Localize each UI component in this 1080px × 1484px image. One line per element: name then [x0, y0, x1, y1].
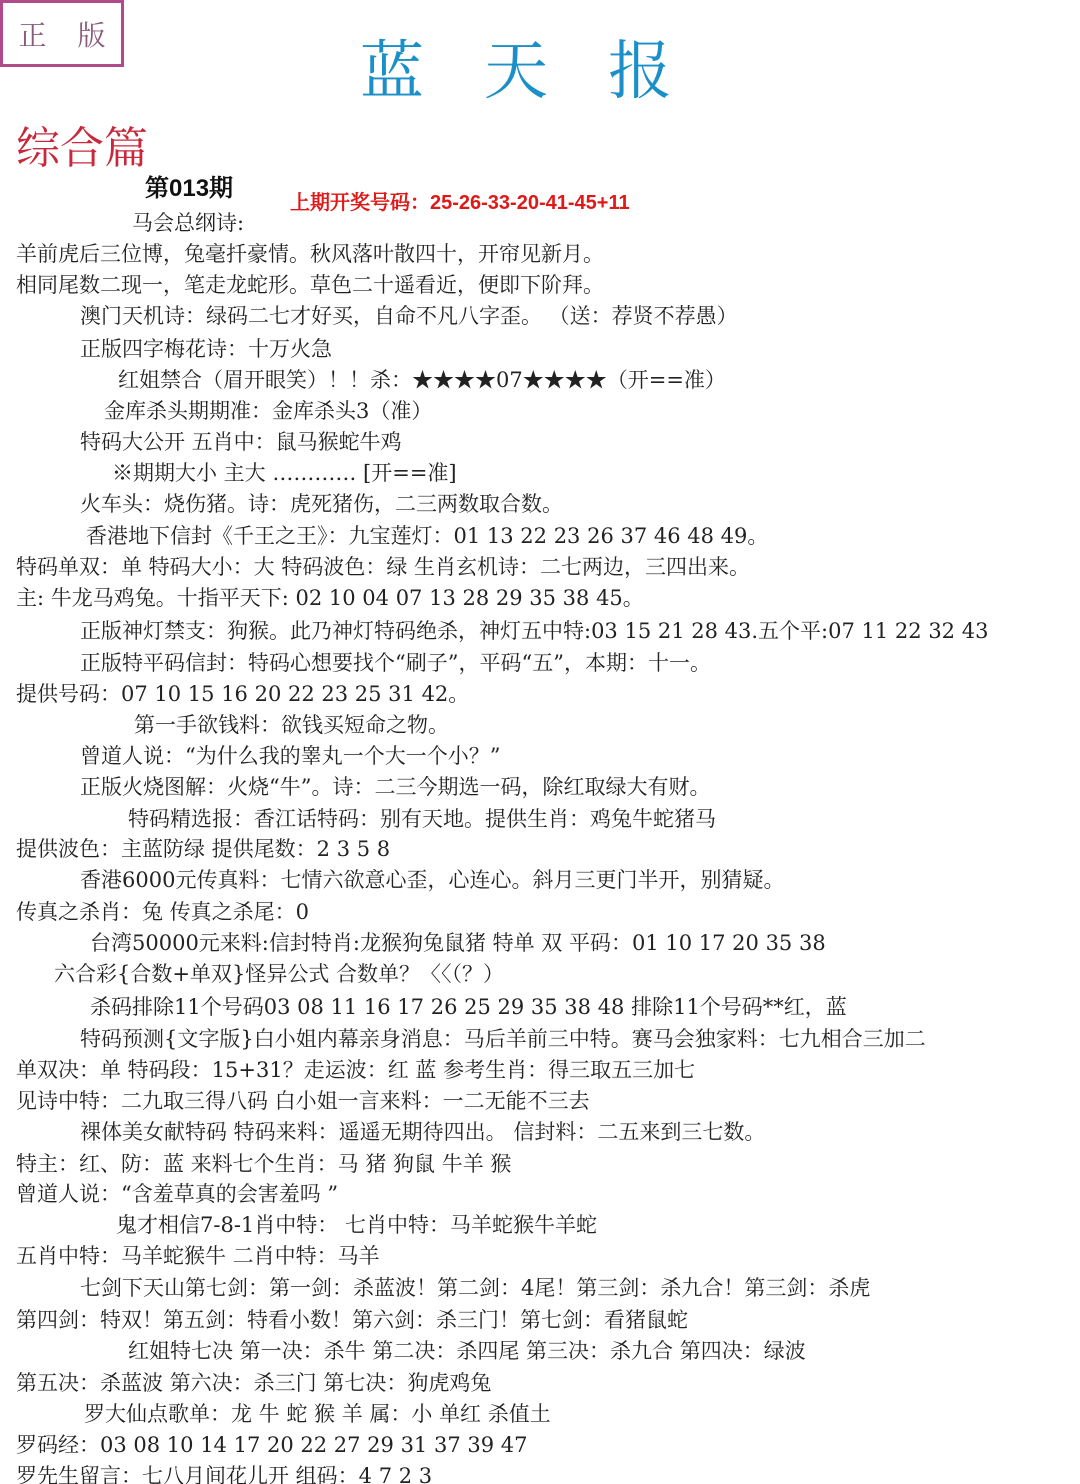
text-line: 提供波色：主蓝防绿 提供尾数：2 3 5 8: [16, 833, 390, 863]
text-line: 单双决：单 特码段：15+31？走运波：红 蓝 参考生肖：得三取五三加七: [16, 1054, 695, 1084]
text-line: 曾道人说：“为什么我的睾丸一个大一个小？”: [80, 740, 500, 770]
text-line: 提供号码：07 10 15 16 20 22 23 25 31 42。: [16, 678, 469, 708]
text-line: 六合彩{合数+单双}怪异公式 合数单？〈〈（？）: [54, 958, 504, 988]
text-line: 台湾50000元来料:信封特肖:龙猴狗兔鼠猪 特单 双 平码：01 10 17 …: [90, 927, 826, 957]
text-line: 第五决：杀蓝波 第六决：杀三门 第七决：狗虎鸡兔: [16, 1367, 491, 1397]
last-draw-numbers: 上期开奖号码：25-26-33-20-41-45+11: [290, 186, 630, 215]
issue-number: 第013期: [145, 168, 233, 203]
text-line: 正版四字梅花诗：十万火急: [80, 333, 332, 363]
text-line: 罗先生留言：七八月间花儿开 组码：4 7 2 3: [16, 1460, 432, 1484]
badge-char-1: 正: [18, 14, 46, 54]
text-line: 火车头：烧伤猪。诗：虎死猪伤，二三两数取合数。: [80, 488, 563, 518]
text-line: 澳门天机诗：绿码二七才好买，自命不凡八字歪。 （送：荐贤不荐愚）: [80, 300, 738, 330]
text-line: 特码大公开 五肖中：鼠马猴蛇牛鸡: [80, 426, 402, 456]
text-line: 杀码排除11个号码03 08 11 16 17 26 25 29 35 38 4…: [90, 991, 847, 1021]
text-line: 传真之杀肖：兔 传真之杀尾：0: [16, 896, 309, 926]
text-line: 罗大仙点歌单：龙 牛 蛇 猴 羊 属：小 单红 杀值土: [84, 1398, 551, 1428]
badge-char-2: 版: [77, 14, 105, 54]
text-line: 特码单双：单 特码大小：大 特码波色：绿 生肖玄机诗：二七两边，三四出来。: [16, 551, 750, 581]
text-line: 第一手欲钱料：欲钱买短命之物。: [134, 709, 449, 739]
text-line: 见诗中特：二九取三得八码 白小姐一言来料：一二无能不三去: [16, 1085, 590, 1115]
text-line: 香港地下信封《千王之王》：九宝莲灯：01 13 22 23 26 37 46 4…: [86, 520, 768, 550]
text-line: 相同尾数二现一，笔走龙蛇形。草色二十遥看近，便即下阶拜。: [16, 269, 604, 299]
text-line: 红姐禁合（眉开眼笑）！！杀：★★★★07★★★★（开==准）: [118, 364, 726, 394]
text-line: 正版特平码信封：特码心想要找个“刷子”，平码“五”，本期：十一。: [80, 647, 711, 677]
section-title: 综合篇: [16, 112, 148, 176]
authentic-badge: 正 版: [0, 0, 124, 67]
text-line: ※期期大小 主大 ………… [开==准]: [112, 457, 457, 487]
text-line: 鬼才相信7-8-1肖中特： 七肖中特：马羊蛇猴牛羊蛇: [116, 1209, 597, 1239]
text-line: 主: 牛龙马鸡兔。十指平天下: 02 10 04 07 13 28 29 35 …: [16, 582, 644, 612]
newspaper-title: 蓝天报: [360, 20, 732, 112]
text-line: 七剑下天山第七剑：第一剑：杀蓝波！第二剑：4尾！第三剑：杀九合！第三剑：杀虎: [80, 1272, 870, 1302]
text-line: 正版火烧图解：火烧“牛”。诗：二三今期选一码，除红取绿大有财。: [80, 771, 710, 801]
text-line: 裸体美女献特码 特码来料：遥遥无期待四出。 信封料：二五来到三七数。: [80, 1116, 765, 1146]
text-line: 香港6000元传真料：七情六欲意心歪，心连心。斜月三更门半开，别猜疑。: [80, 864, 784, 894]
text-line: 罗码经：03 08 10 14 17 20 22 27 29 31 37 39 …: [16, 1429, 528, 1459]
text-line: 正版神灯禁支：狗猴。此乃神灯特码绝杀，神灯五中特:03 15 21 28 43.…: [80, 615, 988, 645]
text-line: 特码精选报：香江话特码：别有天地。提供生肖：鸡兔牛蛇猪马: [128, 803, 716, 833]
text-line: 曾道人说：“含羞草真的会害羞吗 ”: [16, 1178, 338, 1208]
text-line: 特主：红、防：蓝 来料七个生肖：马 猪 狗鼠 牛羊 猴: [16, 1148, 511, 1178]
text-line: 羊前虎后三位博，兔毫扦豪情。秋风落叶散四十，开帘见新月。: [16, 238, 604, 268]
text-line: 五肖中特：马羊蛇猴牛 二肖中特：马羊: [16, 1240, 380, 1270]
text-line: 第四剑：特双！第五剑：特看小数！第六剑：杀三门！第七剑：看猪鼠蛇: [16, 1304, 688, 1334]
text-line: 红姐特七决 第一决：杀牛 第二决：杀四尾 第三决：杀九合 第四决：绿波: [128, 1335, 806, 1365]
text-line: 金库杀头期期准：金库杀头3（准）: [104, 395, 432, 425]
text-line: 特码预测{文字版}白小姐内幕亲身消息：马后羊前三中特。赛马会独家料：七九相合三加…: [80, 1023, 926, 1053]
text-line: 马会总纲诗:: [132, 207, 244, 237]
